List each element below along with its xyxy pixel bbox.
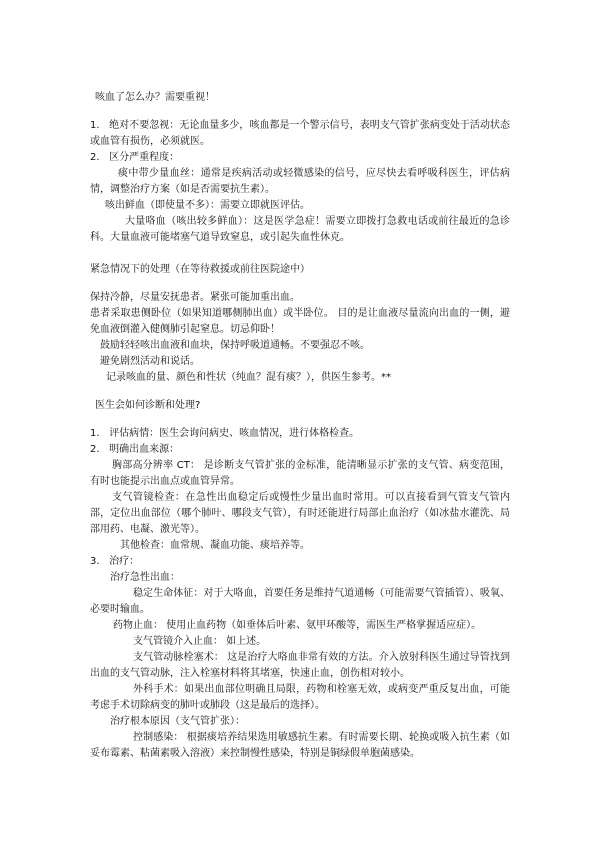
- diag-ct: 胸部高分辨率 CT： 是诊断支气管扩张的金标准，能清晰显示扩张的支气管、病变范围…: [90, 458, 510, 490]
- diag-item-3-treatment: 3. 治疗：: [90, 554, 139, 570]
- section-title-diagnosis: 医生会如何诊断和处理?: [95, 398, 200, 414]
- severity-massive-hemoptysis: 大量咯血（咳出较多鲜血）：这是医学急症！需要立即拨打急救电话或前往最近的急诊科。…: [90, 214, 510, 246]
- treat-infection-control: 控制感染： 根据痰培养结果选用敏感抗生素。有时需要长期、轮换或吸入抗生素（如妥布…: [90, 730, 510, 762]
- emergency-stay-calm: 保持冷静，尽量安抚患者。紧张可能加重出血。: [90, 290, 300, 306]
- treat-root-cause-heading: 治疗根本原因（支气管扩张）：: [110, 714, 245, 730]
- emergency-position: 患者采取患侧卧位（如果知道哪侧肺出血）或半卧位。 目的是让血液尽量流向出血的一侧…: [90, 306, 510, 338]
- treat-medication: 药物止血： 使用止血药物（如垂体后叶素、氨甲环酸等，需医生严格掌握适应症）。: [113, 618, 481, 634]
- diag-other-tests: 其他检查：血常规、凝血功能、痰培养等。: [120, 538, 310, 554]
- severity-fresh-blood: 咳出鲜血（即使量不多）：需要立即就医评估。: [105, 198, 310, 214]
- emergency-record: 记录咳血的量、颜色和性状（纯血？混有痰？），供医生参考。**: [106, 370, 391, 386]
- severity-blood-streaks: 痰中带少量血丝：通常是疾病活动或轻微感染的信号，应尽快去看呼吸科医生，评估病情，…: [90, 166, 510, 198]
- emergency-cough-out: 鼓励轻轻咳出血液和血块，保持呼吸道通畅。不要强忍不咳。: [100, 338, 370, 354]
- treat-stabilize: 稳定生命体征：对于大咯血，首要任务是维持气道通畅（可能需要气管插管）、吸氧、必要…: [90, 586, 510, 618]
- section-title-hemoptysis: 咳血了怎么办？需要重视！: [95, 90, 215, 106]
- treat-surgery: 外科手术：如果出血部位明确且局限，药物和栓塞无效，或病变严重反复出血，可能考虑手…: [90, 682, 510, 714]
- list-item-2-severity: 2. 区分严重程度：: [90, 150, 179, 166]
- treat-embolization: 支气管动脉栓塞术： 这是治疗大咯血非常有效的方法。介入放射科医生通过导管找到出血…: [90, 650, 510, 682]
- treat-bronchoscopic: 支气管镜介入止血： 如上述。: [133, 634, 266, 650]
- diag-item-2-source: 2. 明确出血来源：: [90, 442, 179, 458]
- treat-acute-heading: 治疗急性出血：: [110, 570, 180, 586]
- list-item-1-do-not-ignore: 1. 绝对不要忽视：无论血量多少，咳血都是一个警示信号，表明支气管扩张病变处于活…: [90, 118, 510, 150]
- diag-item-1-assess: 1. 评估病情：医生会询问病史、咳血情况，进行体格检查。: [90, 426, 359, 442]
- diag-bronchoscopy: 支气管镜检查：在急性出血稳定后或慢性少量出血时常用。可以直接看到气管支气管内部，…: [90, 490, 510, 538]
- emergency-avoid-activity: 避免剧烈活动和说话。: [100, 354, 200, 370]
- section-title-emergency: 紧急情况下的处理（在等待救援或前往医院途中）: [90, 262, 310, 278]
